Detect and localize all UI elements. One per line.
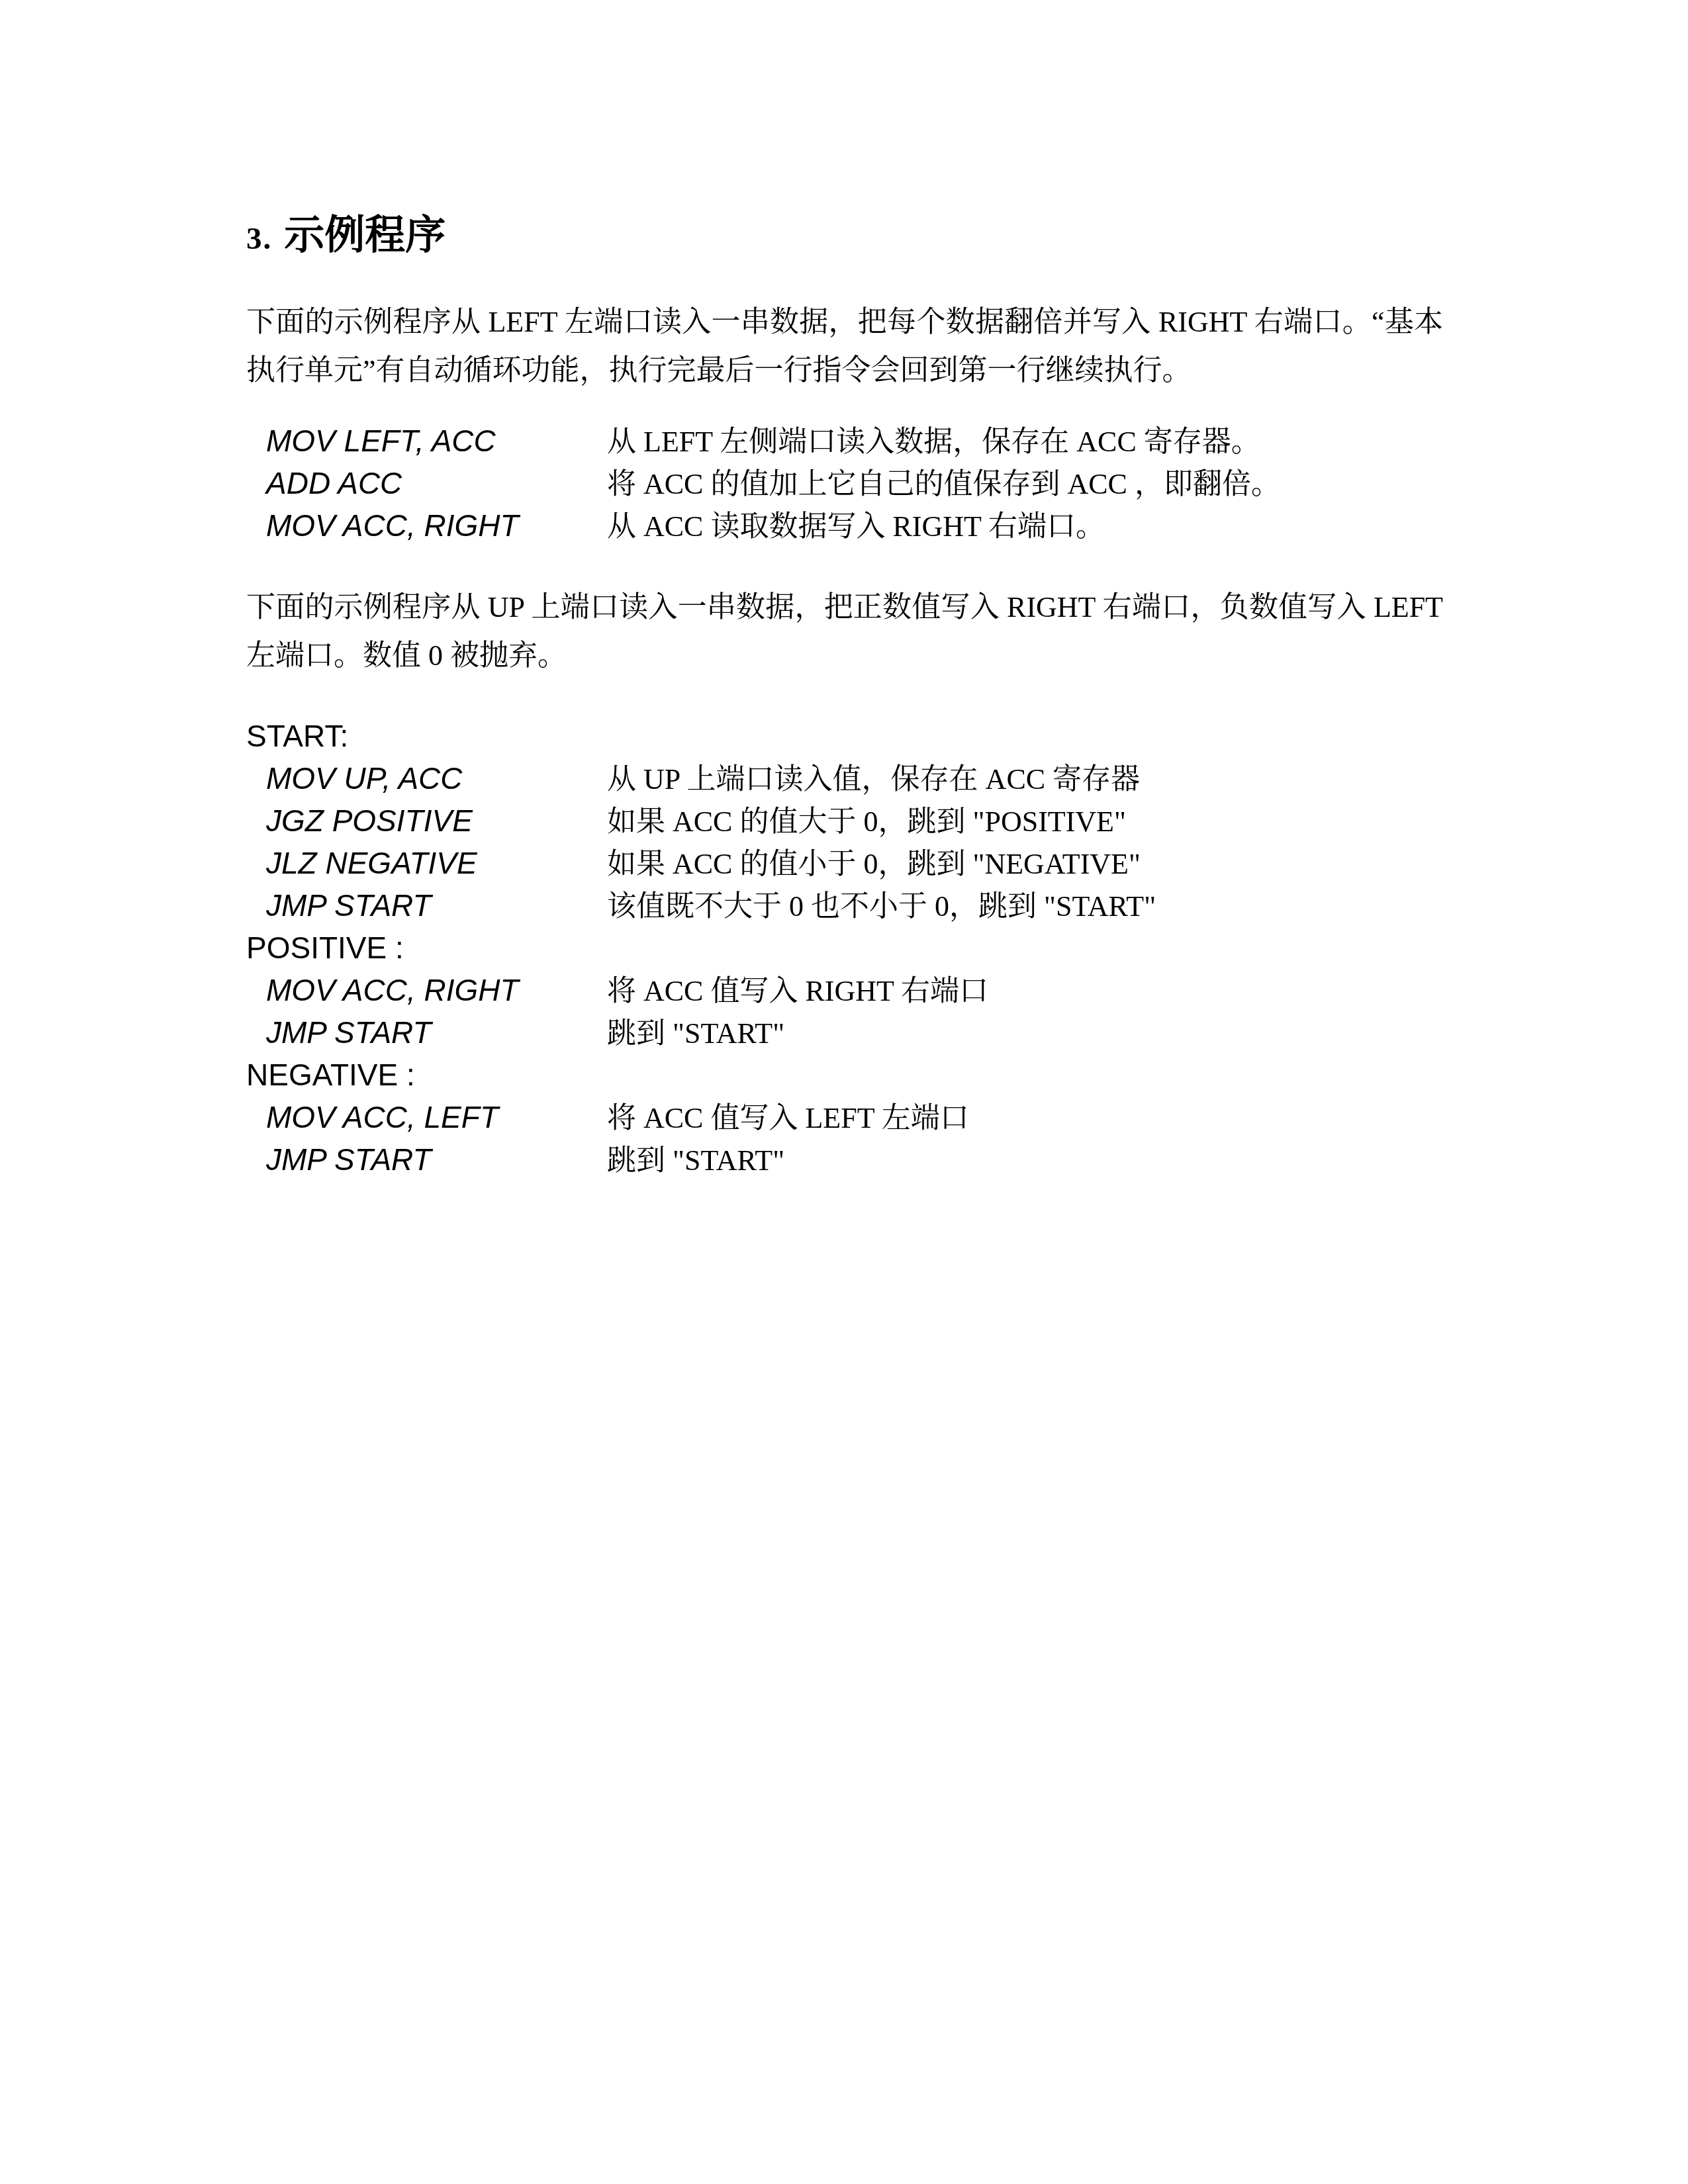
instruction-text: JLZ NEGATIVE (246, 842, 607, 884)
section-heading: 3.示例程序 (246, 213, 1443, 265)
jump-label: START: (246, 715, 348, 757)
code-line: ADD ACC 将 ACC 的值加上它自己的值保存到 ACC ，即翻倍。 (246, 462, 1443, 504)
instruction-text: ADD ACC (246, 462, 607, 504)
instruction-text: JMP START (246, 884, 607, 927)
instruction-comment: 如果 ACC 的值大于 0，跳到 "POSITIVE" (607, 801, 1126, 843)
code-line-label: POSITIVE : (246, 927, 1443, 969)
code-line: MOV ACC, RIGHT 将 ACC 值写入 RIGHT 右端口 (246, 969, 1443, 1011)
instruction-comment: 从 ACC 读取数据写入 RIGHT 右端口。 (607, 506, 1105, 548)
section-title: 示例程序 (284, 214, 445, 258)
paragraph-intro-2: 下面的示例程序从 UP 上端口读入一串数据，把正数值写入 RIGHT 右端口，负… (246, 583, 1443, 680)
instruction-text: MOV ACC, LEFT (246, 1096, 607, 1138)
instruction-comment: 如果 ACC 的值小于 0，跳到 "NEGATIVE" (607, 843, 1141, 886)
instruction-text: MOV UP, ACC (246, 757, 607, 799)
instruction-text: JMP START (246, 1011, 607, 1054)
code-line: MOV ACC, LEFT 将 ACC 值写入 LEFT 左端口 (246, 1096, 1443, 1138)
instruction-comment: 从 UP 上端口读入值，保存在 ACC 寄存器 (607, 758, 1140, 801)
instruction-comment: 将 ACC 的值加上它自己的值保存到 ACC ，即翻倍。 (607, 463, 1280, 506)
instruction-text: JMP START (246, 1138, 607, 1181)
instruction-text: MOV ACC, RIGHT (246, 969, 607, 1011)
instruction-text: MOV ACC, RIGHT (246, 504, 607, 547)
document-page: 3.示例程序 下面的示例程序从 LEFT 左端口读入一串数据，把每个数据翻倍并写… (0, 0, 1688, 2184)
code-line: JMP START 该值既不大于 0 也不小于 0，跳到 "START" (246, 884, 1443, 927)
code-line-label: NEGATIVE : (246, 1054, 1443, 1096)
code-line: MOV ACC, RIGHT 从 ACC 读取数据写入 RIGHT 右端口。 (246, 504, 1443, 547)
code-line: JGZ POSITIVE 如果 ACC 的值大于 0，跳到 "POSITIVE" (246, 799, 1443, 842)
page-content: 3.示例程序 下面的示例程序从 LEFT 左端口读入一串数据，把每个数据翻倍并写… (246, 213, 1443, 1181)
code-line-label: START: (246, 715, 1443, 757)
code-line: MOV UP, ACC 从 UP 上端口读入值，保存在 ACC 寄存器 (246, 757, 1443, 799)
instruction-text: MOV LEFT, ACC (246, 420, 607, 462)
instruction-comment: 从 LEFT 左侧端口读入数据，保存在 ACC 寄存器。 (607, 421, 1260, 463)
jump-label: NEGATIVE : (246, 1054, 415, 1096)
code-block-sign-router: START: MOV UP, ACC 从 UP 上端口读入值，保存在 ACC 寄… (246, 715, 1443, 1181)
code-line: JMP START 跳到 "START" (246, 1011, 1443, 1054)
instruction-comment: 将 ACC 值写入 LEFT 左端口 (607, 1097, 969, 1140)
jump-label: POSITIVE : (246, 927, 404, 969)
code-line: JMP START 跳到 "START" (246, 1138, 1443, 1181)
instruction-comment: 将 ACC 值写入 RIGHT 右端口 (607, 970, 988, 1013)
code-line: MOV LEFT, ACC 从 LEFT 左侧端口读入数据，保存在 ACC 寄存… (246, 420, 1443, 462)
code-block-double: MOV LEFT, ACC 从 LEFT 左侧端口读入数据，保存在 ACC 寄存… (246, 420, 1443, 547)
paragraph-intro-1: 下面的示例程序从 LEFT 左端口读入一串数据，把每个数据翻倍并写入 RIGHT… (246, 298, 1443, 394)
code-line: JLZ NEGATIVE 如果 ACC 的值小于 0，跳到 "NEGATIVE" (246, 842, 1443, 884)
instruction-comment: 跳到 "START" (607, 1140, 784, 1182)
section-number: 3. (246, 222, 272, 256)
instruction-text: JGZ POSITIVE (246, 799, 607, 842)
instruction-comment: 跳到 "START" (607, 1013, 784, 1055)
instruction-comment: 该值既不大于 0 也不小于 0，跳到 "START" (607, 886, 1156, 928)
